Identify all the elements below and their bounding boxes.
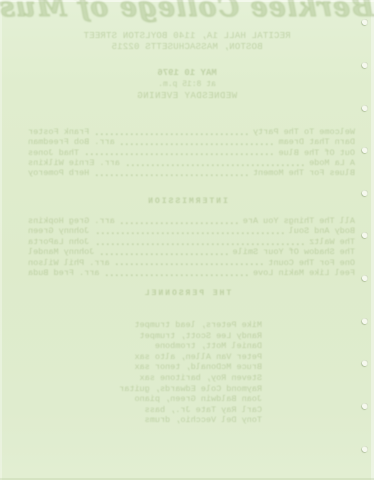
personnel-item: Bruce McDonald, tenor sax bbox=[119, 362, 262, 373]
dot-leader bbox=[94, 133, 248, 136]
mirrored-bleedthrough-layer: Berklee College of Music RECITAL HALL 1A… bbox=[0, 0, 374, 480]
punch-hole bbox=[362, 105, 368, 111]
piece-title: A La Mode bbox=[309, 158, 355, 168]
personnel-item: Mike Peters, lead trumpet bbox=[119, 320, 262, 331]
program-row: The Shadow Of Your Smile Johnny Mandel bbox=[0, 247, 374, 257]
piece-title: The Shadow Of Your Smile bbox=[233, 247, 355, 257]
dot-leader bbox=[94, 243, 304, 246]
punch-hole bbox=[362, 275, 368, 281]
punch-hole bbox=[362, 318, 368, 324]
event-time: at 8:15 p.m. bbox=[0, 79, 374, 90]
punch-hole bbox=[362, 190, 368, 196]
dot-leader bbox=[84, 153, 273, 156]
punch-hole bbox=[362, 62, 368, 68]
personnel-item: Joan Baldwin Green, piano bbox=[119, 394, 262, 405]
piece-credit: arr. Ernie Wilkins bbox=[28, 158, 120, 168]
event-block: MAY 10 1976 at 8:15 p.m. WEDNESDAY EVENI… bbox=[0, 67, 374, 102]
program-row: A La Mode arr. Ernie Wilkins bbox=[0, 158, 374, 168]
program-row: Body And Soul Johnny Green bbox=[0, 226, 374, 236]
punch-hole bbox=[362, 232, 368, 238]
personnel-item: Randy Lee Scott, trumpet bbox=[119, 331, 262, 342]
dot-leader bbox=[125, 164, 304, 167]
piece-credit: Johnny Green bbox=[28, 226, 89, 236]
punch-hole bbox=[362, 360, 368, 366]
piece-credit: arr. Fred Buda bbox=[28, 268, 99, 278]
program-row: Welcome To The Party Frank Foster bbox=[0, 127, 374, 137]
piece-credit: arr. Phil Wilson bbox=[28, 258, 110, 268]
program-row: Feel Like Makin Love arr. Fred Buda bbox=[0, 268, 374, 278]
personnel-item: Tony Del Vecchio, drums bbox=[119, 415, 262, 426]
piece-title: Darn That Dream bbox=[278, 137, 355, 147]
piece-credit: Frank Foster bbox=[28, 127, 89, 137]
dot-leader bbox=[104, 274, 248, 277]
piece-credit: arr. Greg Hopkins bbox=[28, 216, 115, 226]
dot-leader bbox=[94, 174, 248, 177]
piece-title: Out Of The Blue bbox=[278, 148, 355, 158]
personnel-item: Daniel Mott, trombone bbox=[119, 341, 262, 352]
piece-title: Body And Soul bbox=[289, 226, 355, 236]
dot-leader bbox=[115, 263, 264, 266]
event-day: WEDNESDAY EVENING bbox=[0, 90, 374, 102]
piece-title: Welcome To The Party bbox=[253, 127, 355, 137]
piece-title: All The Things You Are bbox=[243, 216, 355, 226]
personnel-heading: THE PERSONNEL bbox=[0, 289, 374, 298]
piece-credit: Herb Pomeroy bbox=[28, 168, 89, 178]
address-line-1: RECITAL HALL 1A, 1140 BOYLSTON STREET bbox=[0, 31, 374, 41]
program-section-second-half: All The Things You Are arr. Greg Hopkins… bbox=[0, 216, 374, 278]
dot-leader bbox=[120, 143, 274, 146]
punch-hole bbox=[362, 147, 368, 153]
punch-hole bbox=[362, 446, 368, 452]
personnel-list: Mike Peters, lead trumpet Randy Lee Scot… bbox=[119, 320, 262, 426]
dot-leader bbox=[120, 222, 238, 225]
berklee-logo-text: Berklee College of Music bbox=[0, 0, 374, 23]
piece-title: Blues For The Moment bbox=[253, 168, 355, 178]
personnel-item: Peter Van Allen, alto sax bbox=[119, 352, 262, 363]
program-row: Blues For The Moment Herb Pomeroy bbox=[0, 168, 374, 178]
dot-leader bbox=[94, 232, 283, 235]
personnel-item: Steven Roy, baritone sax bbox=[119, 373, 262, 384]
piece-credit: Johnny Mandel bbox=[28, 247, 94, 257]
program-row: The Waltz John LaPorta bbox=[0, 237, 374, 247]
dot-leader bbox=[99, 253, 227, 256]
piece-title: The Waltz bbox=[309, 237, 355, 247]
program-row: Darn That Dream arr. Bob Freedman bbox=[0, 137, 374, 147]
program-row: All The Things You Are arr. Greg Hopkins bbox=[0, 216, 374, 226]
piece-title: Feel Like Makin Love bbox=[253, 268, 355, 278]
program-row: One For The Count arr. Phil Wilson bbox=[0, 258, 374, 268]
event-date: MAY 10 1976 bbox=[0, 67, 374, 79]
address-line-2: BOSTON, MASSACHUSETTS 02215 bbox=[0, 42, 374, 52]
program-section-first-half: Welcome To The Party Frank Foster Darn T… bbox=[0, 127, 374, 178]
piece-credit: arr. Bob Freedman bbox=[28, 137, 115, 147]
piece-credit: Thad Jones bbox=[28, 148, 79, 158]
program-row: Out Of The Blue Thad Jones bbox=[0, 148, 374, 158]
personnel-item: Carl Ray Tate Jr., bass bbox=[119, 405, 262, 416]
scanned-program-page: Berklee College of Music RECITAL HALL 1A… bbox=[0, 0, 374, 480]
piece-title: One For The Count bbox=[268, 258, 355, 268]
personnel-item: Raymond Cole Edwards, guitar bbox=[119, 384, 262, 395]
intermission-heading: INTERMISSION bbox=[0, 197, 374, 206]
punch-hole bbox=[362, 19, 368, 25]
piece-credit: John LaPorta bbox=[28, 237, 89, 247]
punch-hole bbox=[362, 403, 368, 409]
